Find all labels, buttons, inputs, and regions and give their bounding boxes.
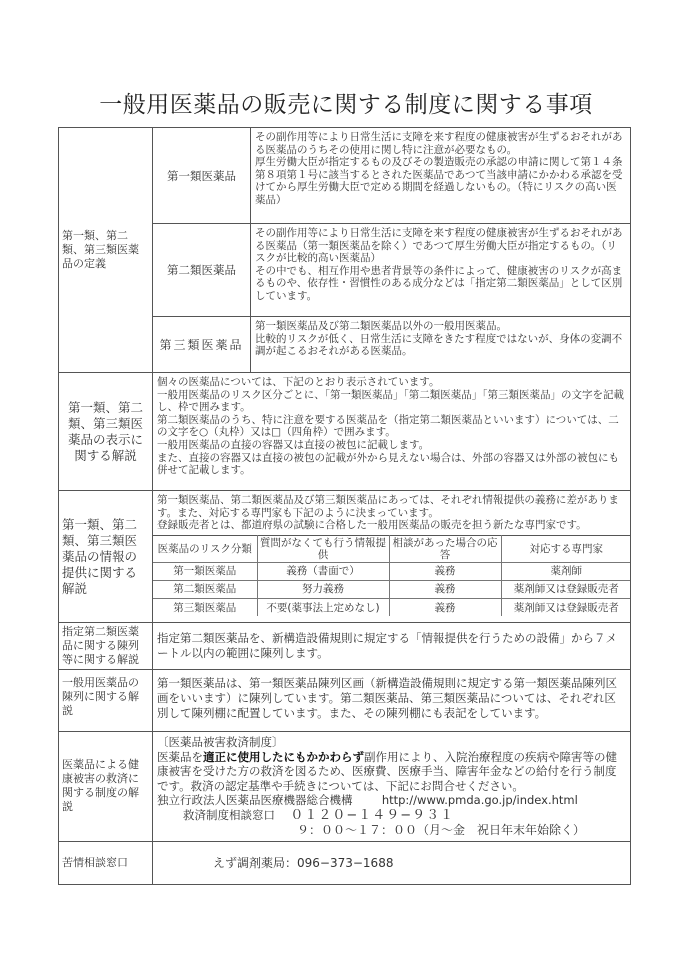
- shelving-row: 一般用医薬品の陳列に関する解説 第一類医薬品は、第一類医薬品陳列区画（新構造設備…: [59, 670, 631, 732]
- relief-body: 医薬品を適正に使用したにもかかわらず副作用により、入院治療程度の疾病や障害等の健…: [157, 750, 626, 794]
- complaint-label-cell: 苦情相談窓口: [59, 841, 153, 884]
- info-row: 第一類、第二類、第三類医薬品の情報の提供に関する解説 第一類医薬品、第二類医薬品…: [59, 491, 631, 623]
- class3-name-cell: 第三類医薬品: [153, 317, 251, 373]
- page-title: 一般用医薬品の販売に関する制度に関する事項: [0, 86, 692, 119]
- info-line-1: 第一類医薬品、第二類医薬品及び第三類医薬品にあっては、それぞれ情報提供の義務に差…: [157, 494, 626, 519]
- cell-unsolicited: 努力義務: [257, 580, 389, 598]
- complaint-row: 苦情相談窓口 えず調剤薬局：096−373−1688: [59, 841, 631, 884]
- display-description: 個々の医薬品については、下記のとおり表示されています。 一般用医薬品のリスク区分…: [153, 373, 631, 491]
- complaint-label: 苦情相談窓口: [62, 856, 128, 869]
- relief-label-cell: 医薬品による健康被害の救済に関する制度の解説: [59, 732, 153, 842]
- class3-line-2: 比較的リスクが低く、日常生活に支障をきたす程度ではないが、身体の変調不調が起こる…: [255, 333, 626, 358]
- cell-unsolicited: 義務（書面で）: [257, 562, 389, 580]
- designated-label: 指定第二類医薬品に関する陳列等に関する解説: [62, 625, 139, 666]
- shelving-description: 第一類医薬品は、第一類医薬品陳列区画（新構造設備規則に規定する第一類医薬品陳列区…: [153, 670, 631, 732]
- display-line-1: 個々の医薬品については、下記のとおり表示されています。: [157, 376, 626, 389]
- relief-desk-label: 救済制度相談窓口: [183, 808, 275, 822]
- relief-desk-line: 救済制度相談窓口 ０１２０−１４９−９３１: [157, 808, 626, 824]
- class3-line-1: 第一類医薬品及び第二類医薬品以外の一般用医薬品。: [255, 320, 626, 333]
- designated-text: 指定第二類医薬品を、新構造設備規則に規定する「情報提供を行うための設備」から７メ…: [157, 631, 617, 660]
- cell-class: 第三類医薬品: [153, 598, 257, 616]
- relief-emphasis: 適正に使用したにもかかわらず: [203, 750, 364, 764]
- relief-prefix: 医薬品を: [157, 750, 203, 764]
- pmda-link[interactable]: http://www.pmda.go.jp/index.html: [382, 793, 578, 807]
- cell-specialist: 薬剤師又は登録販売者: [501, 580, 631, 598]
- shelving-text: 第一類医薬品は、第一類医薬品陳列区画（新構造設備規則に規定する第一類医薬品陳列区…: [157, 676, 617, 720]
- definition-label: 第一類、第二類、第三類医薬品の定義: [62, 229, 139, 270]
- class1-line-1: その副作用等により日常生活に支障を来す程度の健康被害が生ずるおそれがある医薬品の…: [255, 131, 626, 156]
- designated-label-cell: 指定第二類医薬品に関する陳列等に関する解説: [59, 623, 153, 670]
- shelving-label: 一般用医薬品の陳列に関する解説: [62, 676, 139, 717]
- risk-info-table: 医薬品のリスク分類 質問がなくても行う情報提供 相談があった場合の応答 対応する…: [153, 535, 631, 617]
- display-line-3: 第二類医薬品のうち、特に注意を要する医薬品を（指定第二類医薬品といいます）につい…: [157, 414, 626, 439]
- designated-description: 指定第二類医薬品を、新構造設備規則に規定する「情報提供を行うための設備」から７メ…: [153, 623, 631, 670]
- risk-table-row: 第三類医薬品 不要(薬事法上定めなし) 義務 薬剤師又は登録販売者: [153, 598, 631, 616]
- relief-description: 〔医薬品被害救済制度〕 医薬品を適正に使用したにもかかわらず副作用により、入院治…: [153, 732, 631, 842]
- info-label: 第一類、第二類、第三類医薬品の情報の提供に関する解説: [62, 517, 137, 596]
- relief-phone: ０１２０−１４９−９３１: [290, 808, 454, 823]
- class1-name-cell: 第一類医薬品: [153, 128, 251, 224]
- relief-hours-line: ９：００〜１７：００（月〜金 祝日年末年始除く）: [157, 823, 626, 838]
- complaint-contact: えず調剤薬局：096−373−1688: [213, 856, 393, 870]
- header-unsolicited-info: 質問がなくても行う情報提供: [257, 535, 389, 562]
- class1-name: 第一類医薬品: [167, 169, 236, 183]
- relief-org: 独立行政法人医薬品医療機器総合機構: [157, 793, 353, 807]
- info-text: 第一類医薬品、第二類医薬品及び第三類医薬品にあっては、それぞれ情報提供の義務に差…: [153, 491, 630, 535]
- info-line-2: 登録販売者とは、都道府県の試験に合格した一般用医薬品の販売を担う新たな専門家です…: [157, 519, 626, 532]
- display-row: 第一類、第二類、第三類医薬品の表示に関する解説 個々の医薬品については、下記のと…: [59, 373, 631, 491]
- class3-name: 第三類医薬品: [159, 338, 243, 352]
- cell-class: 第二類医薬品: [153, 580, 257, 598]
- risk-table-row: 第一類医薬品 義務（書面で） 義務 薬剤師: [153, 562, 631, 580]
- display-label-cell: 第一類、第二類、第三類医薬品の表示に関する解説: [59, 373, 153, 491]
- class1-line-2: 厚生労働大臣が指定するもの及びその製造販売の承認の申請に関して第１４条第８項第１…: [255, 156, 626, 206]
- header-risk-class: 医薬品のリスク分類: [153, 535, 257, 562]
- info-content: 第一類医薬品、第二類医薬品及び第三類医薬品にあっては、それぞれ情報提供の義務に差…: [153, 491, 631, 623]
- designated-row: 指定第二類医薬品に関する陳列等に関する解説 指定第二類医薬品を、新構造設備規則に…: [59, 623, 631, 670]
- cell-response: 義務: [389, 580, 501, 598]
- cell-response: 義務: [389, 562, 501, 580]
- relief-row: 医薬品による健康被害の救済に関する制度の解説 〔医薬品被害救済制度〕 医薬品を適…: [59, 732, 631, 842]
- header-specialist: 対応する専門家: [501, 535, 631, 562]
- definition-label-cell: 第一類、第二類、第三類医薬品の定義: [59, 128, 153, 373]
- cell-response: 義務: [389, 598, 501, 616]
- complaint-description: えず調剤薬局：096−373−1688: [153, 841, 631, 884]
- relief-label: 医薬品による健康被害の救済に関する制度の解説: [62, 758, 139, 813]
- relief-heading: 〔医薬品被害救済制度〕: [157, 735, 626, 750]
- shelving-label-cell: 一般用医薬品の陳列に関する解説: [59, 670, 153, 732]
- definition-row-class1: 第一類、第二類、第三類医薬品の定義 第一類医薬品 その副作用等により日常生活に支…: [59, 128, 631, 224]
- risk-table-header: 医薬品のリスク分類 質問がなくても行う情報提供 相談があった場合の応答 対応する…: [153, 535, 631, 562]
- risk-table-row: 第二類医薬品 努力義務 義務 薬剤師又は登録販売者: [153, 580, 631, 598]
- regulation-table: 第一類、第二類、第三類医薬品の定義 第一類医薬品 その副作用等により日常生活に支…: [58, 127, 631, 885]
- display-line-5: また、直接の容器又は直接の被包の記載が外から見えない場合は、外部の容器又は外部の…: [157, 452, 626, 477]
- cell-unsolicited: 不要(薬事法上定めなし): [257, 598, 389, 616]
- relief-org-line: 独立行政法人医薬品医療機器総合機構 http://www.pmda.go.jp/…: [157, 793, 626, 808]
- display-label: 第一類、第二類、第三類医薬品の表示に関する解説: [68, 400, 143, 463]
- class2-name-cell: 第二類医薬品: [153, 224, 251, 317]
- info-label-cell: 第一類、第二類、第三類医薬品の情報の提供に関する解説: [59, 491, 153, 623]
- cell-specialist: 薬剤師: [501, 562, 631, 580]
- display-line-4: 一般用医薬品の直接の容器又は直接の被包に記載します。: [157, 439, 626, 452]
- class3-description: 第一類医薬品及び第二類医薬品以外の一般用医薬品。 比較的リスクが低く、日常生活に…: [251, 317, 631, 373]
- class2-description: その副作用等により日常生活に支障を来す程度の健康被害が生ずるおそれがある医薬品（…: [251, 224, 631, 317]
- display-line-2: 一般用医薬品のリスク区分ごとに、「第一類医薬品」「第二類医薬品」「第三類医薬品」…: [157, 389, 626, 414]
- class2-line-1: その副作用等により日常生活に支障を来す程度の健康被害が生ずるおそれがある医薬品（…: [255, 227, 626, 265]
- relief-hours: ９：００〜１７：００（月〜金 祝日年末年始除く）: [297, 823, 585, 837]
- header-consultation-response: 相談があった場合の応答: [389, 535, 501, 562]
- class1-description: その副作用等により日常生活に支障を来す程度の健康被害が生ずるおそれがある医薬品の…: [251, 128, 631, 224]
- class2-line-2: その中でも、相互作用や患者背景等の条件によって、健康被害のリスクが高まるものや、…: [255, 265, 626, 303]
- cell-specialist: 薬剤師又は登録販売者: [501, 598, 631, 616]
- class2-name: 第二類医薬品: [167, 263, 236, 277]
- cell-class: 第一類医薬品: [153, 562, 257, 580]
